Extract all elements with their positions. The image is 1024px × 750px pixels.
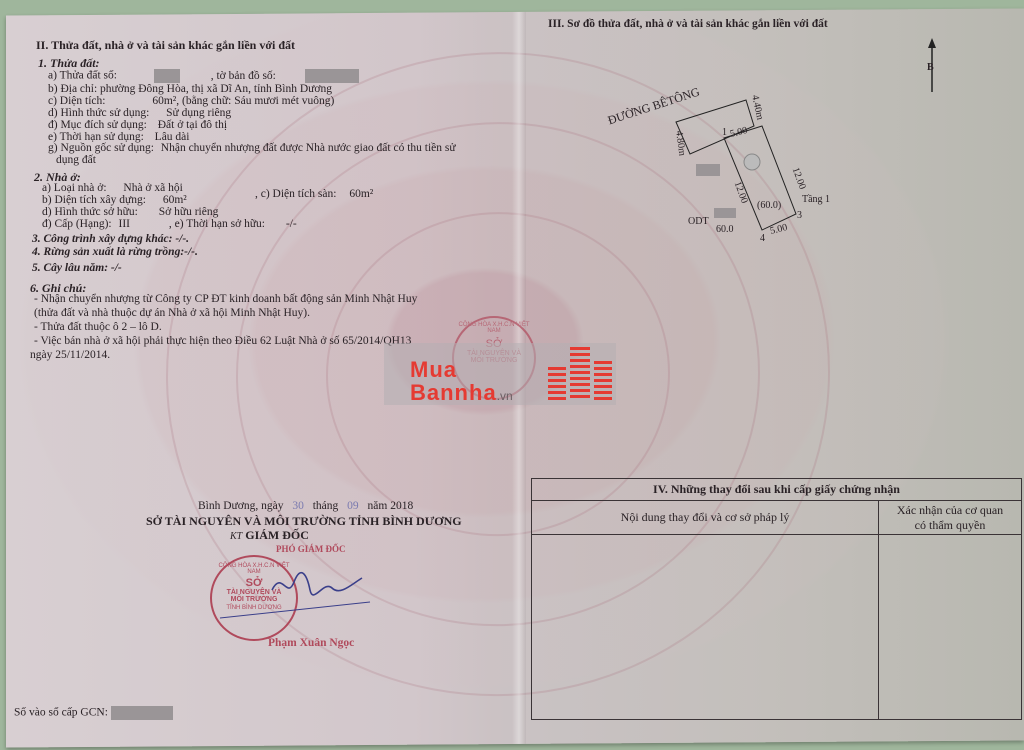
note-line: ngày 25/11/2014. bbox=[30, 349, 110, 361]
note-line: (thửa đất và nhà thuộc dự án Nhà ở xã hộ… bbox=[34, 307, 310, 319]
land-code: ODT bbox=[688, 216, 709, 227]
build-area-row: b) Diện tích xây dựng: 60m² bbox=[42, 194, 187, 206]
watermark-suffix: .vn bbox=[497, 389, 513, 403]
signing-year: năm 2018 bbox=[368, 500, 414, 512]
parcel-number-label: a) Thửa đất số: bbox=[48, 70, 117, 82]
area-value: 60m², (bằng chữ: Sáu mươi mét vuông) bbox=[152, 95, 334, 107]
grade-label: đ) Cấp (Hạng): bbox=[42, 218, 112, 230]
ownership-value: Sở hữu riêng bbox=[159, 206, 219, 218]
kt-label: KT bbox=[230, 531, 242, 542]
col-confirm-header: Xác nhận của cơ quan có thẩm quyền bbox=[879, 501, 1022, 535]
note-line: - Nhận chuyển nhượng từ Công ty CP ĐT ki… bbox=[34, 293, 417, 305]
signing-month: 09 bbox=[347, 500, 359, 512]
origin-label: g) Nguồn gốc sử dụng: bbox=[48, 142, 154, 154]
point-1: 1 bbox=[722, 127, 727, 138]
ownership-label: d) Hình thức sở hữu: bbox=[42, 206, 138, 218]
area-row: c) Diện tích: 60m², (bằng chữ: Sáu mươi … bbox=[48, 95, 334, 107]
area-label: c) Diện tích: bbox=[48, 95, 105, 107]
production-forest: 4. Rừng sản xuất là rừng trồng:-/-. bbox=[32, 246, 198, 258]
use-purpose-label: đ) Mục đích sử dụng: bbox=[48, 119, 147, 131]
floor-area-row: , c) Diện tích sàn: 60m² bbox=[255, 188, 373, 200]
land-area: 60.0 bbox=[716, 224, 734, 235]
director-title: KT GIÁM ĐỐC bbox=[230, 528, 309, 543]
other-works: 3. Công trình xây dựng khác: -/-. bbox=[32, 233, 189, 245]
change-content-cell bbox=[532, 535, 879, 720]
change-confirm-cell bbox=[879, 535, 1022, 720]
signing-month-label: tháng bbox=[313, 500, 339, 512]
col-confirm-line2: có thẩm quyền bbox=[879, 518, 1021, 533]
col-confirm-line1: Xác nhận của cơ quan bbox=[879, 503, 1021, 518]
floor-area-label: , c) Diện tích sàn: bbox=[255, 188, 336, 200]
house-type-label: a) Loại nhà ở: bbox=[42, 182, 107, 194]
address-row: b) Địa chỉ: phường Đông Hòa, thị xã Dĩ A… bbox=[48, 83, 332, 95]
use-form-value: Sử dụng riêng bbox=[166, 107, 231, 119]
watermark-line1: Mua bbox=[410, 359, 457, 381]
parcel-number-row: a) Thửa đất số: , tờ bản đồ số: bbox=[48, 69, 359, 83]
floor-area-value: 60m² bbox=[349, 188, 373, 200]
redacted-map-sheet bbox=[305, 69, 359, 83]
note-line: - Việc bán nhà ở xã hội phải thực hiện t… bbox=[34, 335, 411, 347]
note-line: - Thửa đất thuộc ô 2 – lô D. bbox=[34, 321, 162, 333]
changes-table: IV. Những thay đổi sau khi cấp giấy chứn… bbox=[531, 478, 1022, 720]
inner-area: (60.0) bbox=[757, 200, 781, 211]
changes-table-title: IV. Những thay đổi sau khi cấp giấy chứn… bbox=[532, 479, 1022, 501]
origin-row-2: dụng đất bbox=[56, 154, 96, 166]
ownership-term-value: -/- bbox=[286, 218, 297, 230]
use-form-label: d) Hình thức sử dụng: bbox=[48, 107, 149, 119]
house-type-value: Nhà ở xã hội bbox=[123, 182, 182, 194]
registry-number-row: Số vào sổ cấp GCN: bbox=[14, 706, 173, 720]
watermark-buildings-icon bbox=[546, 345, 616, 405]
ownership-row: d) Hình thức sở hữu: Sở hữu riêng bbox=[42, 206, 218, 218]
deputy-director-title: PHÓ GIÁM ĐỐC bbox=[276, 544, 346, 554]
point-4: 4 bbox=[760, 233, 765, 244]
house-type-row: a) Loại nhà ở: Nhà ở xã hội bbox=[42, 182, 183, 194]
floor-label: Tầng 1 bbox=[802, 194, 830, 205]
issuing-authority: SỞ TÀI NGUYÊN VÀ MÔI TRƯỜNG TỈNH BÌNH DƯ… bbox=[146, 514, 462, 529]
redacted-parcel-label bbox=[696, 164, 720, 176]
point-3: 3 bbox=[797, 210, 802, 221]
build-area-label: b) Diện tích xây dựng: bbox=[42, 194, 146, 206]
watermark-brand: Bannha bbox=[410, 380, 497, 405]
signer-name: Phạm Xuân Ngọc bbox=[268, 637, 354, 649]
origin-value: Nhận chuyển nhượng đất được Nhà nước gia… bbox=[161, 142, 456, 154]
grade-row: đ) Cấp (Hạng): III , e) Thời hạn sở hữu:… bbox=[42, 218, 297, 230]
map-sheet-label: , tờ bản đồ số: bbox=[211, 70, 276, 82]
origin-row: g) Nguồn gốc sử dụng: Nhận chuyển nhượng… bbox=[48, 142, 456, 154]
use-purpose-value: Đất ở tại đô thị bbox=[158, 119, 227, 131]
signature-icon bbox=[212, 560, 372, 630]
signing-place-label: Bình Dương, ngày bbox=[198, 500, 283, 512]
director-label: GIÁM ĐỐC bbox=[245, 528, 309, 542]
registry-label: Số vào sổ cấp GCN: bbox=[14, 707, 108, 719]
redacted-registry-number bbox=[111, 706, 173, 720]
col-content-header: Nội dung thay đổi và cơ sở pháp lý bbox=[532, 501, 879, 535]
watermark-line2: Bannha.vn bbox=[410, 382, 513, 407]
signing-date: Bình Dương, ngày 30 tháng 09 năm 2018 bbox=[198, 500, 413, 512]
use-purpose-row: đ) Mục đích sử dụng: Đất ở tại đô thị bbox=[48, 119, 227, 131]
perennial-trees: 5. Cây lâu năm: -/- bbox=[32, 262, 122, 274]
section-iii-title: III. Sơ đồ thửa đất, nhà ở và tài sản kh… bbox=[548, 18, 828, 30]
signing-day: 30 bbox=[292, 500, 304, 512]
ownership-term-label: , e) Thời hạn sở hữu: bbox=[169, 218, 265, 230]
stamp-top-text: CỘNG HÒA X.H.C.N VIỆT NAM bbox=[454, 322, 534, 334]
build-area-value: 60m² bbox=[163, 194, 187, 206]
redacted-land-label bbox=[714, 208, 736, 218]
section-ii-title: II. Thửa đất, nhà ở và tài sản khác gắn … bbox=[36, 38, 295, 53]
use-form-row: d) Hình thức sử dụng: Sử dụng riêng bbox=[48, 107, 231, 119]
grade-value: III bbox=[119, 218, 131, 230]
north-marker: B bbox=[927, 62, 934, 73]
redacted-parcel-number bbox=[154, 69, 180, 83]
